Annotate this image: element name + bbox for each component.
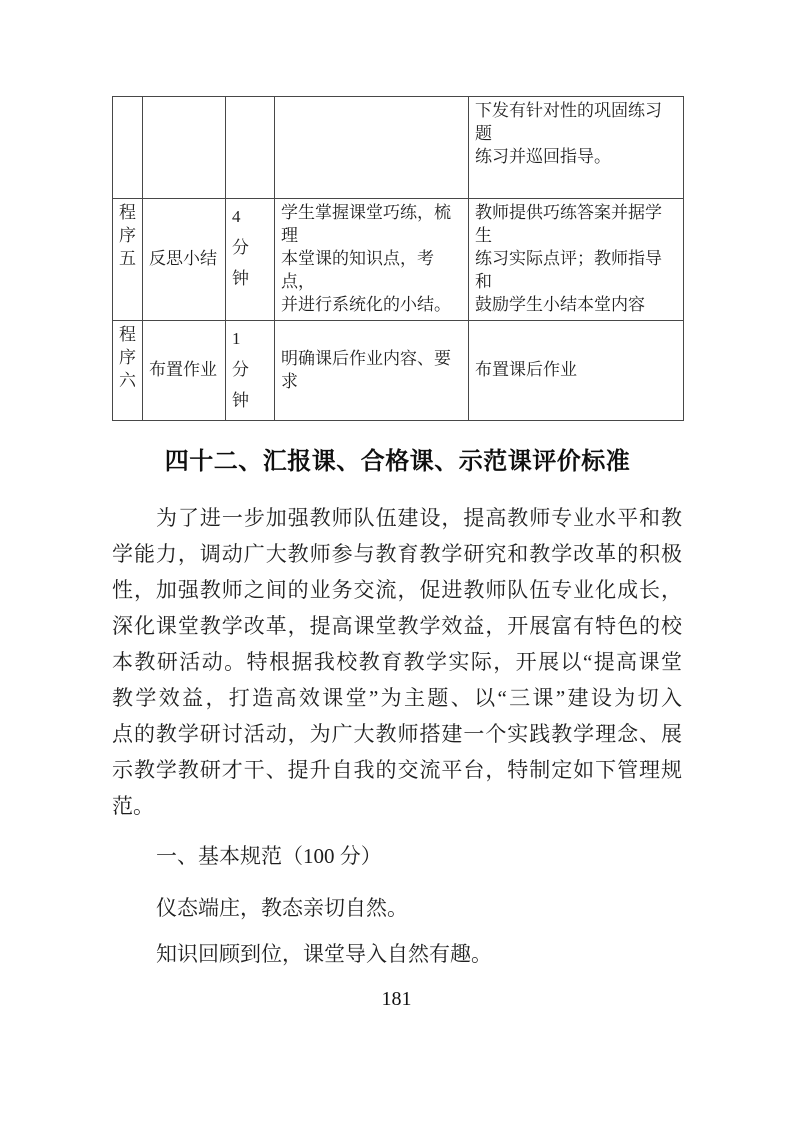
paragraph-line: 本教研活动。特根据我校教育教学实际，开展以“提高课堂 <box>112 644 682 680</box>
cell-text-line: 序 <box>119 346 136 369</box>
paragraph-line: 学能力，调动广大教师参与教育教学研究和教学改革的积极 <box>112 536 682 572</box>
cell-text-line: 钟 <box>232 263 268 294</box>
cell-text-line: 布置作业 <box>149 358 219 381</box>
cell-teacher-activity: 布置课后作业 <box>469 321 684 421</box>
paragraph-line: 示教学教研才干、提升自我的交流平台，特制定如下管理规 <box>112 752 682 788</box>
rule-line: 仪态端庄，教态亲切自然。 <box>112 890 682 926</box>
cell-text-line: 五 <box>119 247 136 270</box>
cell-step-name: 反思小结 <box>143 199 226 321</box>
cell-text-line: 教师提供巧练答案并据学生 <box>475 201 677 247</box>
paragraph-line: 范。 <box>112 788 682 824</box>
cell-text-line: 序 <box>119 224 136 247</box>
cell-text-line: 并进行系统化的小结。 <box>281 293 462 316</box>
rule-line: 知识回顾到位，课堂导入自然有趣。 <box>112 936 682 972</box>
cell-text-line: 分 <box>232 232 268 263</box>
cell-text-line: 练习并巡回指导。 <box>475 145 677 168</box>
cell-stage <box>113 97 143 199</box>
cell-text-line: 程 <box>119 323 136 346</box>
cell-duration: 1 分 钟 <box>226 321 275 421</box>
cell-text-line: 鼓励学生小结本堂内容 <box>475 293 677 316</box>
rule-section-title: 一、基本规范（100 分） <box>112 838 682 874</box>
cell-step-name <box>143 97 226 199</box>
cell-stage: 程 序 五 <box>113 199 143 321</box>
paragraph-line: 深化课堂教学改革，提高课堂教学效益，开展富有特色的校 <box>112 608 682 644</box>
cell-text-line: 本堂课的知识点，考点， <box>281 247 462 293</box>
table-row-procedure-six: 程 序 六 布置作业 1 分 钟 明确课后作业内容、要求 布置课后作业 <box>113 321 684 421</box>
paragraph-line: 点的教学研讨活动，为广大教师搭建一个实践教学理念、展 <box>112 716 682 752</box>
cell-text-line: 钟 <box>232 385 268 416</box>
cell-stage: 程 序 六 <box>113 321 143 421</box>
paragraph-line: 性，加强教师之间的业务交流，促进教师队伍专业化成长， <box>112 572 682 608</box>
cell-duration <box>226 97 275 199</box>
page-number: 181 <box>0 988 793 1011</box>
cell-text-line: 下发有针对性的巩固练习题 <box>475 99 677 145</box>
body-text-block: 为了进一步加强教师队伍建设，提高教师专业水平和教 学能力，调动广大教师参与教育教… <box>112 500 682 972</box>
cell-student-activity <box>275 97 469 199</box>
cell-teacher-activity: 教师提供巧练答案并据学生 练习实际点评；教师指导和 鼓励学生小结本堂内容 <box>469 199 684 321</box>
cell-text-line: 学生掌握课堂巧练，梳理 <box>281 201 462 247</box>
paragraph-line: 教学效益，打造高效课堂”为主题、以“三课”建设为切入 <box>112 680 682 716</box>
cell-teacher-activity: 下发有针对性的巩固练习题 练习并巡回指导。 <box>469 97 684 199</box>
cell-text-line: 明确课后作业内容、要求 <box>281 347 462 393</box>
cell-student-activity: 明确课后作业内容、要求 <box>275 321 469 421</box>
table-row-continuation: 下发有针对性的巩固练习题 练习并巡回指导。 <box>113 97 684 199</box>
document-page: 下发有针对性的巩固练习题 练习并巡回指导。 程 序 五 反思小结 4 分 钟 <box>0 0 793 1122</box>
paragraph-line: 为了进一步加强教师队伍建设，提高教师专业水平和教 <box>112 500 682 536</box>
cell-text-line: 程 <box>119 201 136 224</box>
cell-text-line: 反思小结 <box>149 247 219 270</box>
cell-duration: 4 分 钟 <box>226 199 275 321</box>
cell-text-line: 4 <box>232 201 268 232</box>
cell-text-line: 练习实际点评；教师指导和 <box>475 247 677 293</box>
cell-step-name: 布置作业 <box>143 321 226 421</box>
cell-student-activity: 学生掌握课堂巧练，梳理 本堂课的知识点，考点， 并进行系统化的小结。 <box>275 199 469 321</box>
cell-text-line: 六 <box>119 369 136 392</box>
cell-text-line: 布置课后作业 <box>475 358 677 381</box>
cell-text-line: 分 <box>232 354 268 385</box>
cell-text-line: 1 <box>232 323 268 354</box>
lesson-procedure-table: 下发有针对性的巩固练习题 练习并巡回指导。 程 序 五 反思小结 4 分 钟 <box>112 96 684 421</box>
section-heading: 四十二、汇报课、合格课、示范课评价标准 <box>112 446 683 478</box>
table-row-procedure-five: 程 序 五 反思小结 4 分 钟 学生掌握课堂巧练，梳理 本堂课的知识点，考点，… <box>113 199 684 321</box>
